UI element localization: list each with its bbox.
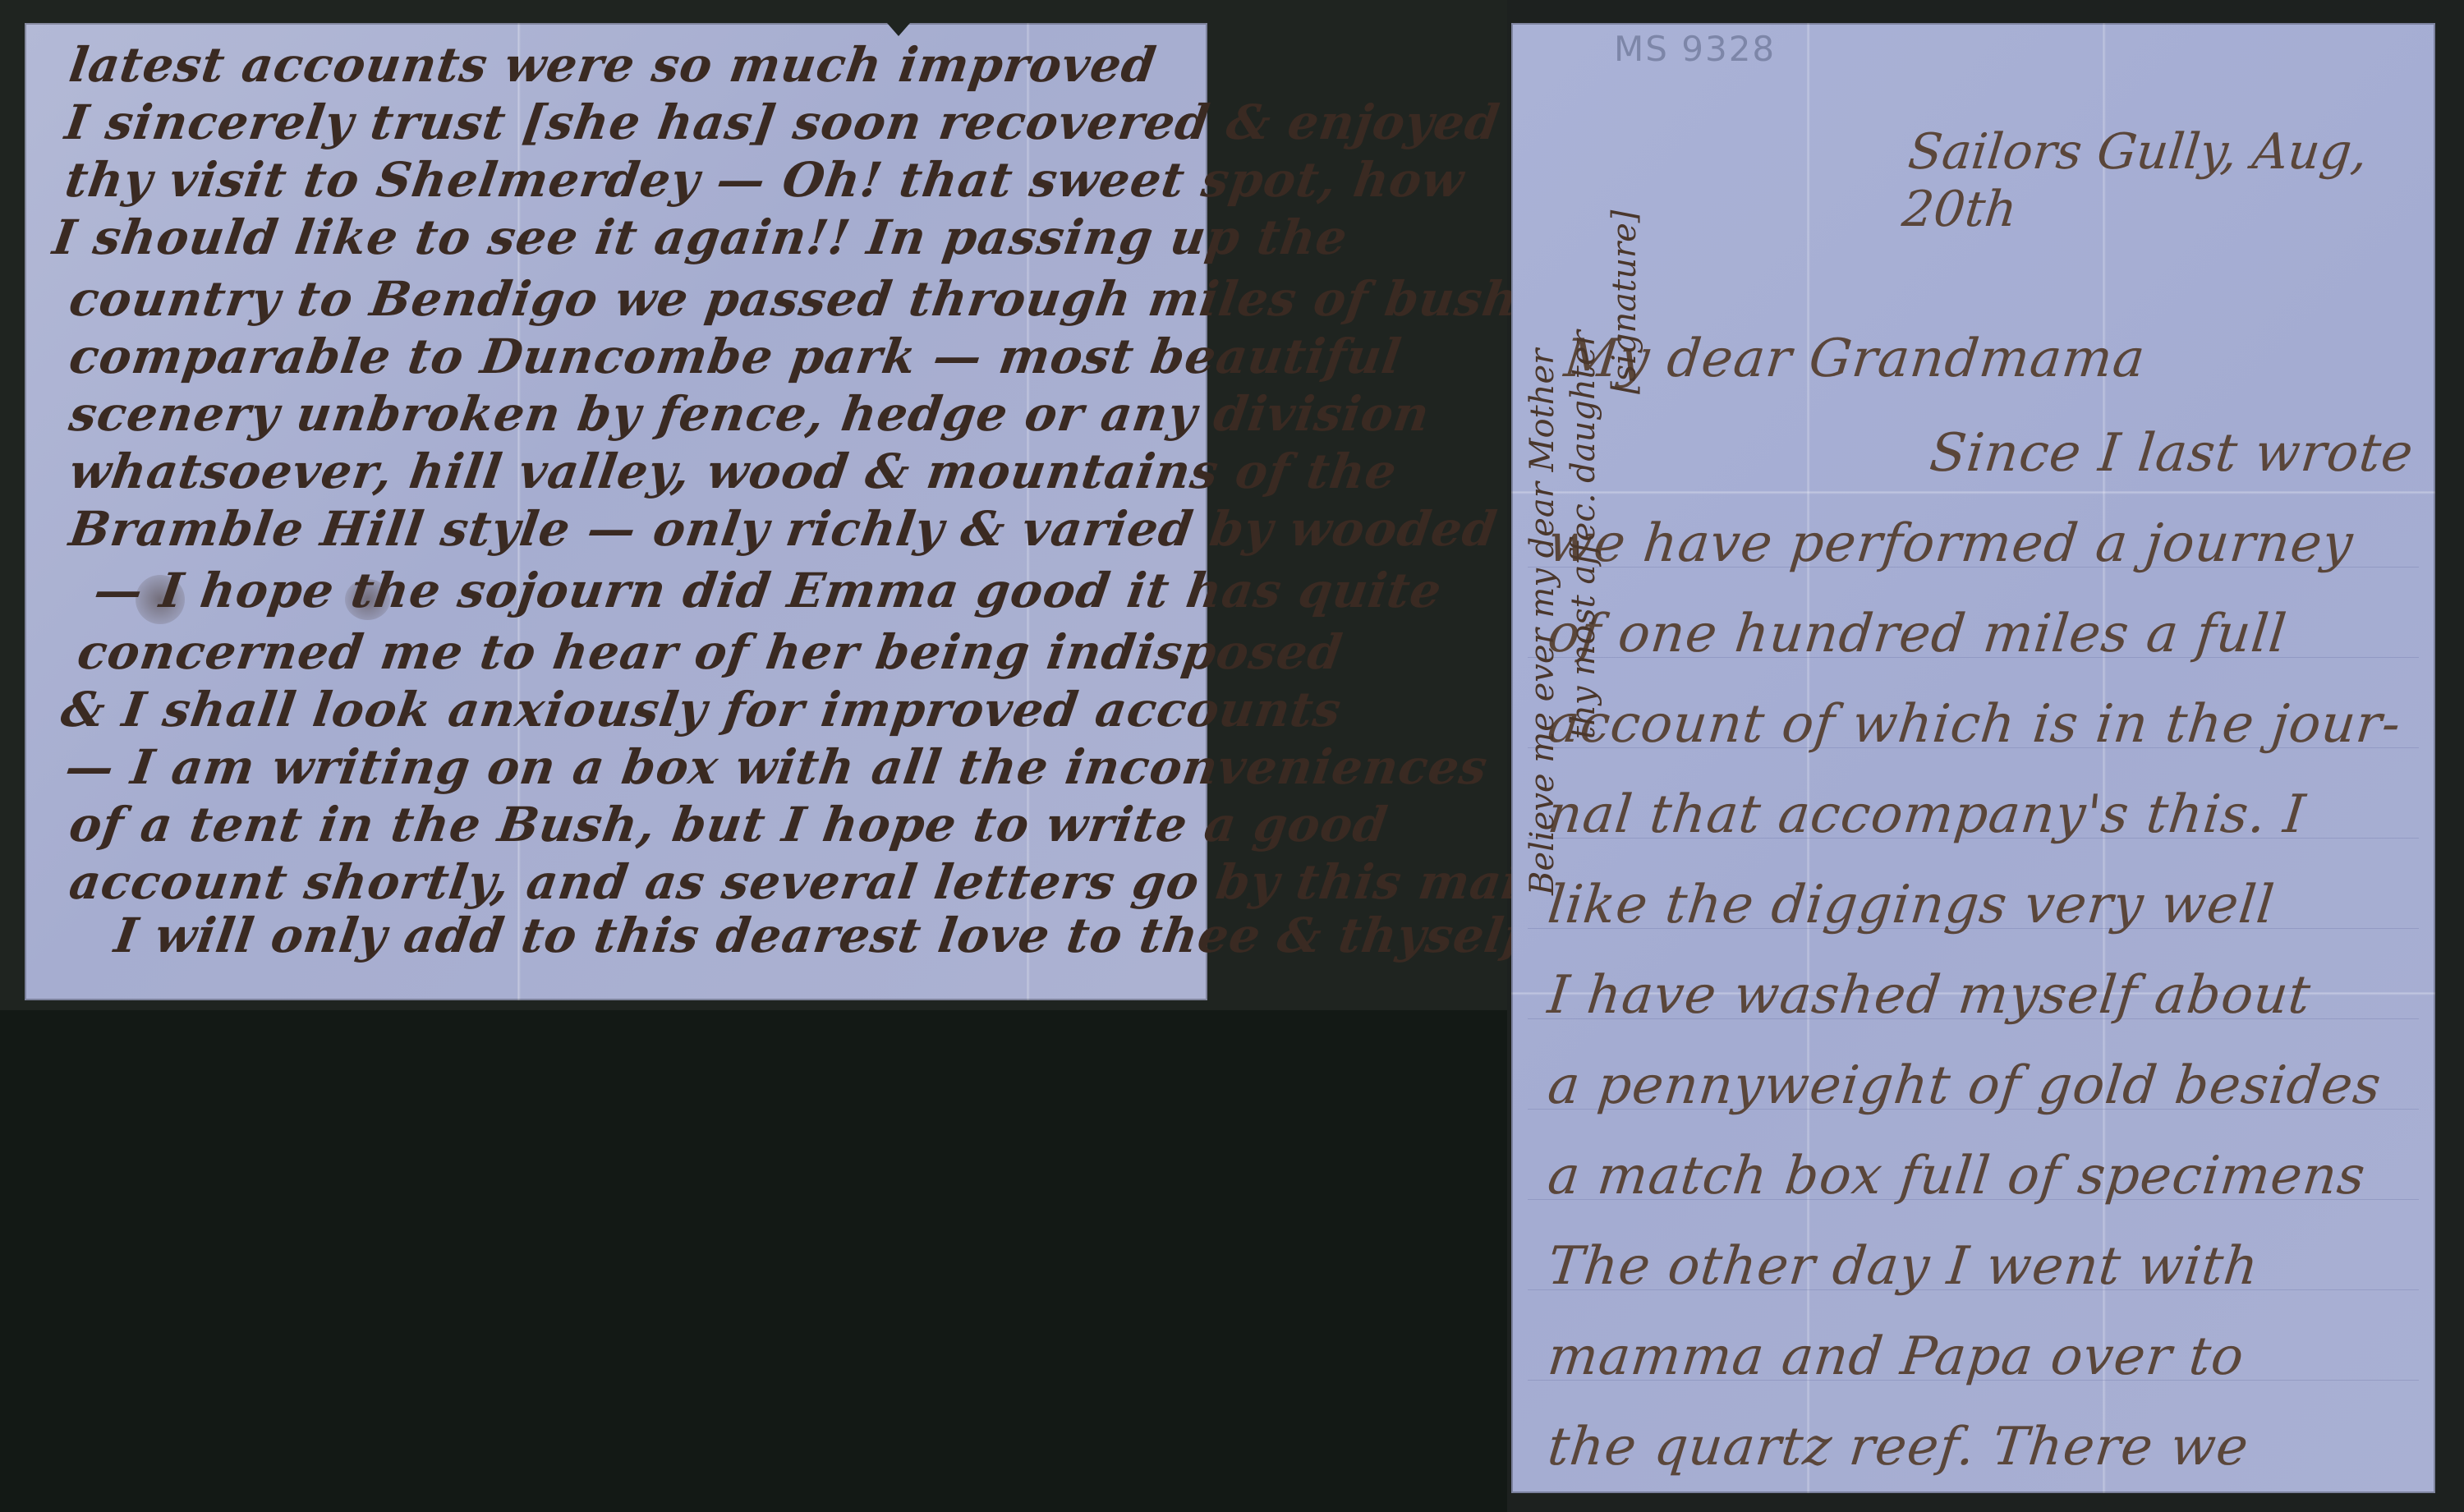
left-line-3: thy visit to Shelmerdey — Oh! that sweet… xyxy=(62,152,1468,208)
right-line-6: like the diggings very well xyxy=(1545,875,2278,935)
left-line-4: I should like to see it again!! In passi… xyxy=(49,209,1351,265)
right-line-5: nal that accompany's this. I xyxy=(1545,784,2309,845)
right-line-10: The other day I went with xyxy=(1545,1236,2262,1297)
letter-salutation: My dear Grandmama xyxy=(1561,329,2148,389)
left-line-10: — I hope the sojourn did Emma good it ha… xyxy=(90,563,1446,618)
right-line-4: account of which is in the jour- xyxy=(1545,694,2404,755)
left-line-7: scenery unbroken by fence, hedge or any … xyxy=(66,386,1433,442)
paper-notch xyxy=(887,23,910,36)
right-line-2: we have performed a journey xyxy=(1545,513,2356,574)
right-line-12: the quartz reef. There we xyxy=(1545,1417,2251,1478)
left-line-9: Bramble Hill style — only richly & varie… xyxy=(66,501,1501,557)
right-line-8: a pennyweight of gold besides xyxy=(1545,1055,2384,1116)
right-line-11: mamma and Papa over to xyxy=(1545,1326,2247,1387)
left-line-2: I sincerely trust [she has] soon recover… xyxy=(62,94,1503,150)
left-line-16: I will only add to this dearest love to … xyxy=(111,908,1529,963)
left-line-1: latest accounts were so much improved xyxy=(66,37,1160,93)
left-line-8: whatsoever, hill valley, wood & mountain… xyxy=(66,443,1400,499)
left-line-12: & I shall look anxiously for improved ac… xyxy=(57,682,1345,738)
left-line-13: — I am writing on a box with all the inc… xyxy=(62,739,1491,795)
left-line-14: of a tent in the Bush, but I hope to wri… xyxy=(66,797,1391,853)
shelfmark-label: MS 9328 xyxy=(1614,29,1776,69)
marginal-note-daughter: thy most affec. daughter xyxy=(1565,330,1602,739)
left-line-6: comparable to Duncombe park — most beaut… xyxy=(66,329,1404,384)
right-line-9: a match box full of specimens xyxy=(1545,1146,2369,1206)
left-line-5: country to Bendigo we passed through mil… xyxy=(66,271,1522,327)
left-line-15: account shortly, and as several letters … xyxy=(66,854,1543,910)
right-line-7: I have washed myself about xyxy=(1545,965,2314,1026)
letter-dateline: Sailors Gully, Aug, 20th xyxy=(1900,123,2464,238)
right-line-3: of one hundred miles a full xyxy=(1545,604,2290,664)
marginal-note-closing: Believe me ever my dear Mother xyxy=(1524,349,1561,895)
right-line-1: Since I last wrote xyxy=(1927,423,2416,484)
left-line-11: concerned me to hear of her being indisp… xyxy=(74,624,1346,680)
marginal-note-signature: [signature] xyxy=(1606,210,1643,394)
